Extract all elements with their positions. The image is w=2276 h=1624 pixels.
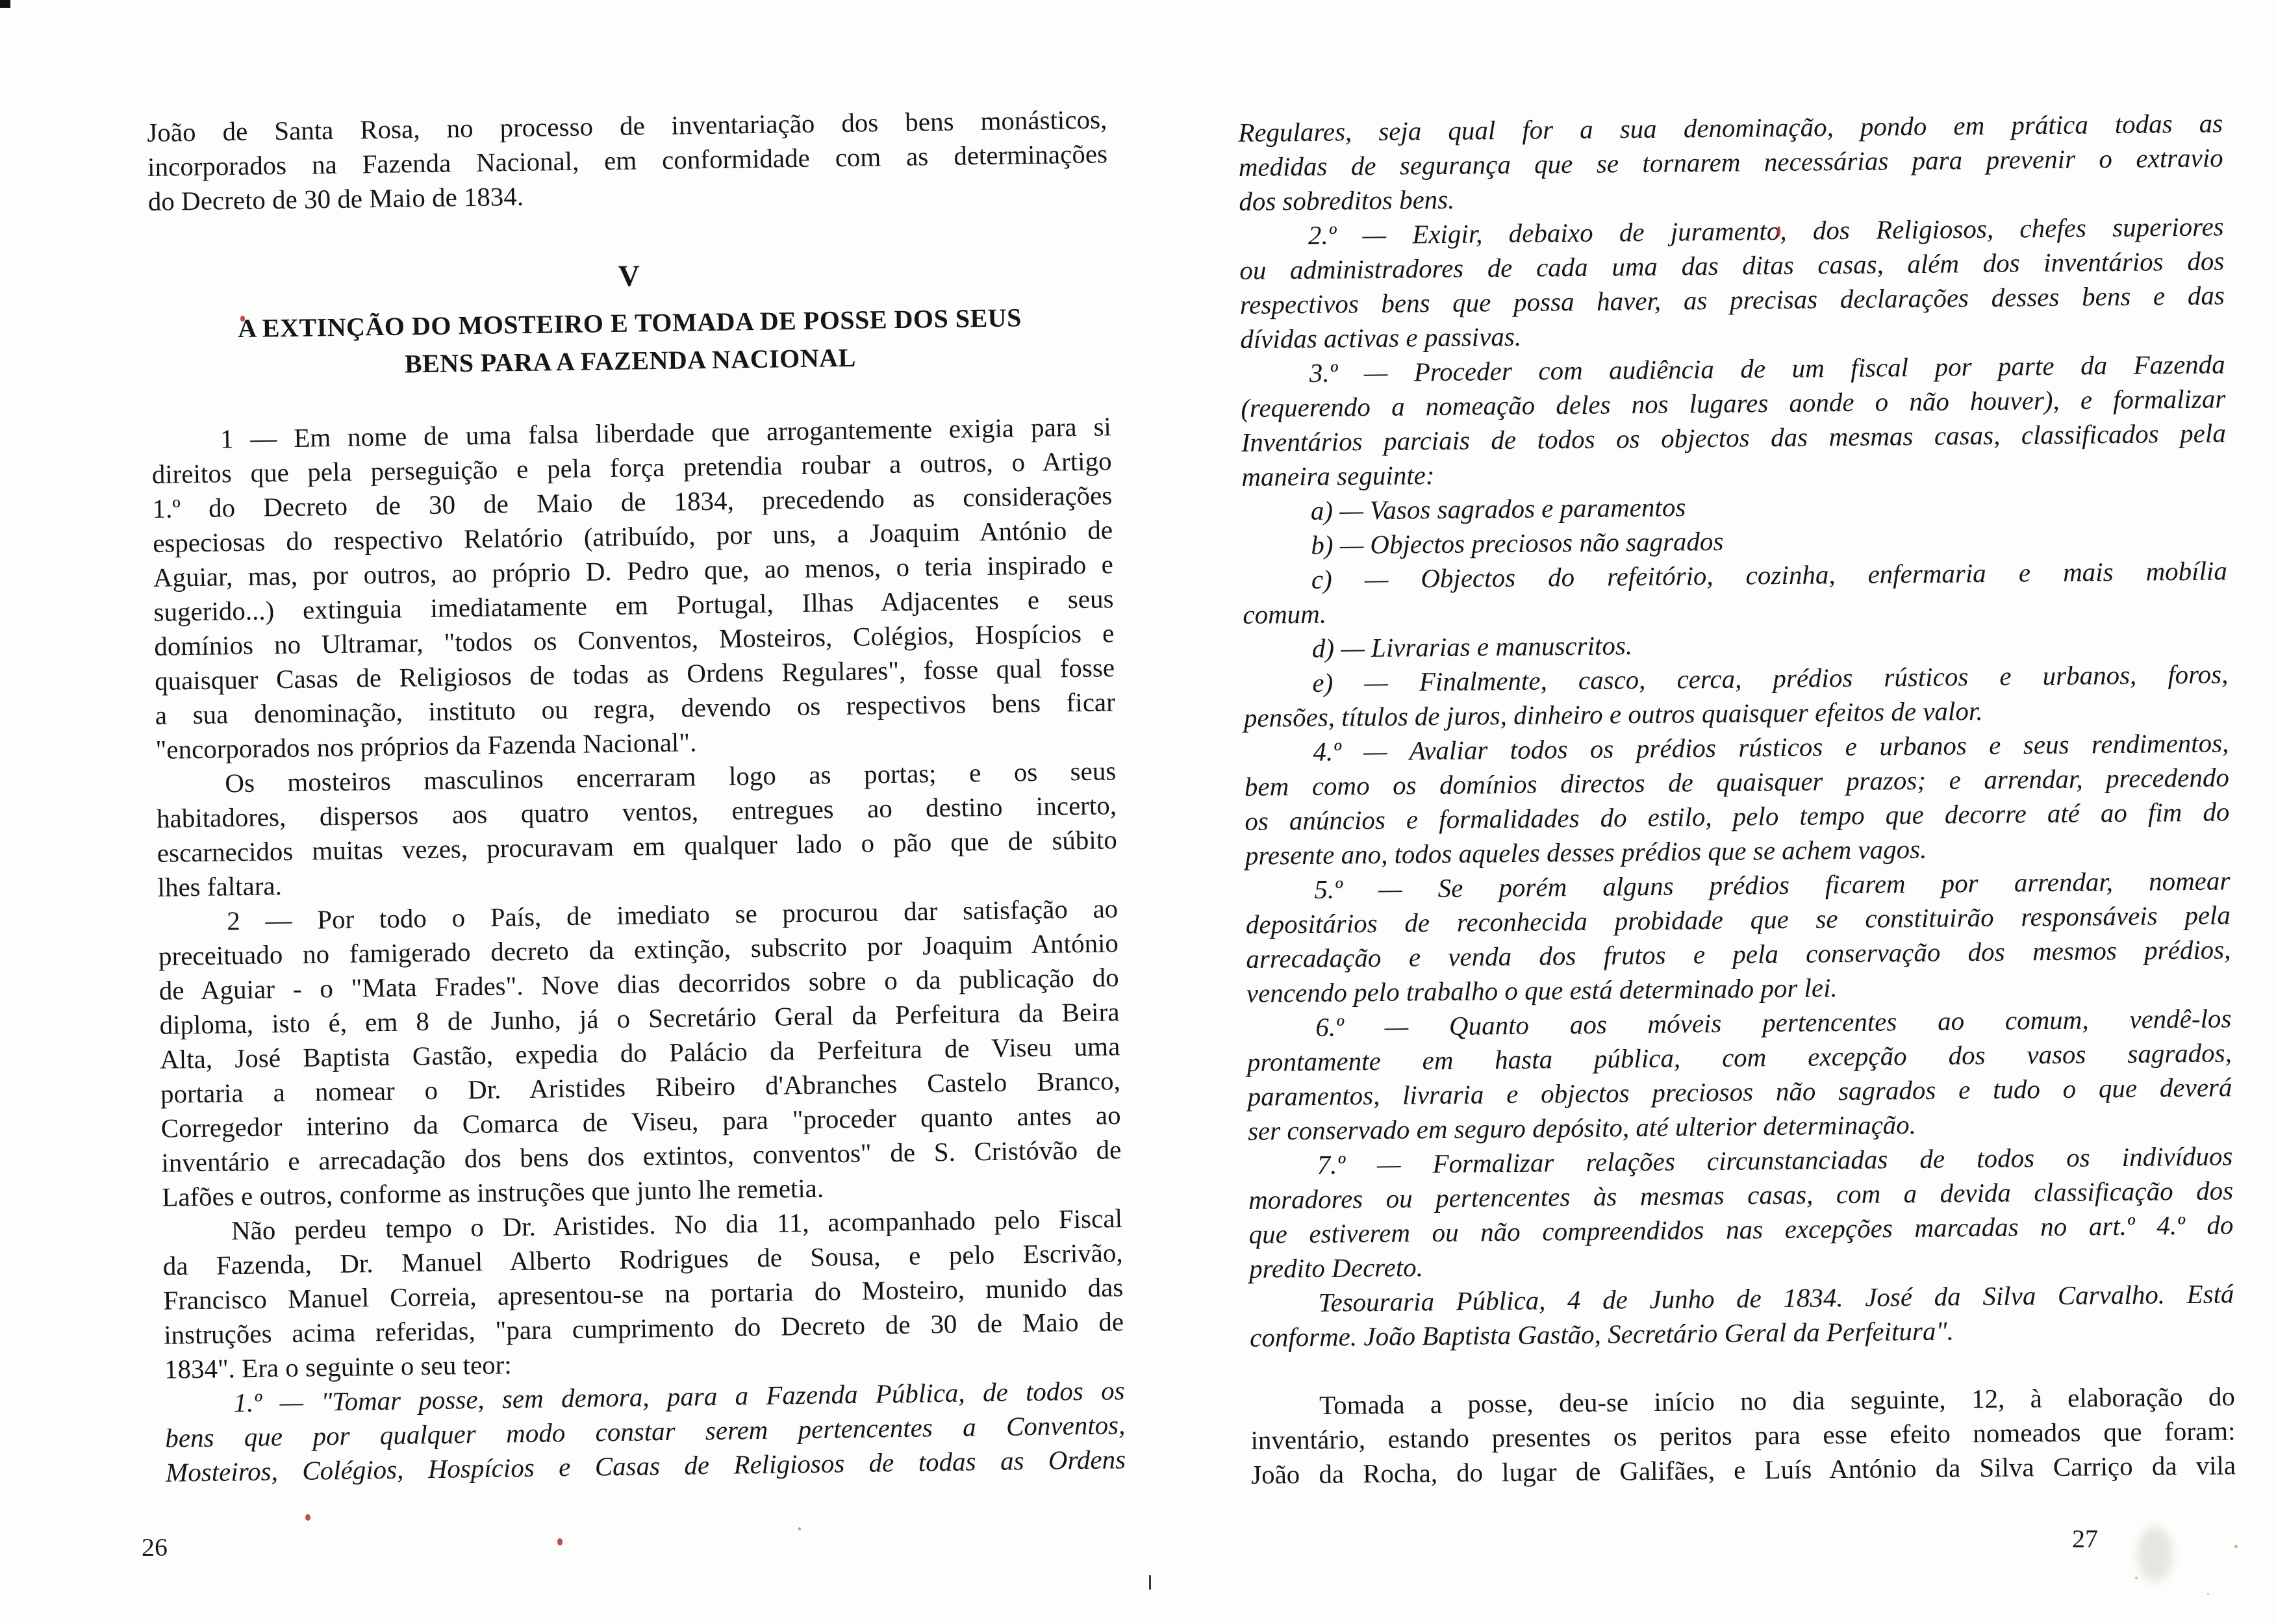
red-ink-speck: [798, 1527, 801, 1530]
paragraph: 2 — Por todo o País, de imediato se proc…: [158, 891, 1122, 1215]
page-left-text: João de Santa Rosa, no processo de inven…: [147, 102, 1126, 1490]
paragraph: Tomada a posse, deu-se início no dia seg…: [1250, 1379, 2236, 1492]
paragraph: c) — Objectos do refeitório, cozinha, en…: [1243, 553, 2228, 632]
gutter-tick: [1149, 1575, 1151, 1590]
book-scan: João de Santa Rosa, no processo de inven…: [0, 0, 2276, 1624]
gray-smudge: [2137, 1527, 2173, 1582]
paragraph: 2.º — Exigir, debaixo de juramento, dos …: [1239, 209, 2225, 357]
page-right-text: Regulares, seja qual for a sua denominaç…: [1238, 106, 2236, 1491]
paragraph: Regulares, seja qual for a sua denominaç…: [1238, 106, 2223, 219]
red-ink-speck: [305, 1514, 310, 1521]
paragraph: V: [149, 249, 1109, 302]
orange-speck: [2207, 1593, 2209, 1595]
paragraph: 1.º — "Tomar posse, sem demora, para a F…: [164, 1373, 1126, 1490]
page-number-right: 27: [2072, 1523, 2098, 1554]
paragraph: 6.º — Quanto aos móveis pertencentes ao …: [1246, 1001, 2232, 1148]
paragraph: 1 — Em nome de uma falsa liberdade que a…: [151, 409, 1116, 767]
page-number-left: 26: [142, 1532, 168, 1562]
paragraph: 4.º — Avaliar todos os prédios rústicos …: [1244, 726, 2230, 873]
paragraph: João de Santa Rosa, no processo de inven…: [147, 102, 1108, 219]
paragraph: A EXTINÇÃO DO MOSTEIRO E TOMADA DE POSSE…: [149, 298, 1110, 387]
paragraph: 7.º — Formalizar relações circunstanciad…: [1248, 1139, 2234, 1286]
paragraph: Tesouraria Pública, 4 de Junho de 1834. …: [1249, 1276, 2234, 1355]
red-ink-speck: [557, 1538, 563, 1545]
scanner-corner-mark: [0, 0, 10, 8]
paragraph: 5.º — Se porém alguns prédios ficarem po…: [1245, 863, 2231, 1011]
paragraph: Os mosteiros masculinos encerraram logo …: [156, 754, 1118, 905]
paragraph: Não perdeu tempo o Dr. Aristides. No dia…: [162, 1201, 1125, 1387]
paragraph: e) — Finalmente, casco, cerca, prédios r…: [1243, 657, 2229, 735]
orange-speck: [2234, 1545, 2238, 1548]
orange-speck: [2135, 1577, 2138, 1579]
text-line: V: [149, 249, 1109, 302]
paragraph: 3.º — Proceder com audiência de um fisca…: [1241, 347, 2227, 494]
